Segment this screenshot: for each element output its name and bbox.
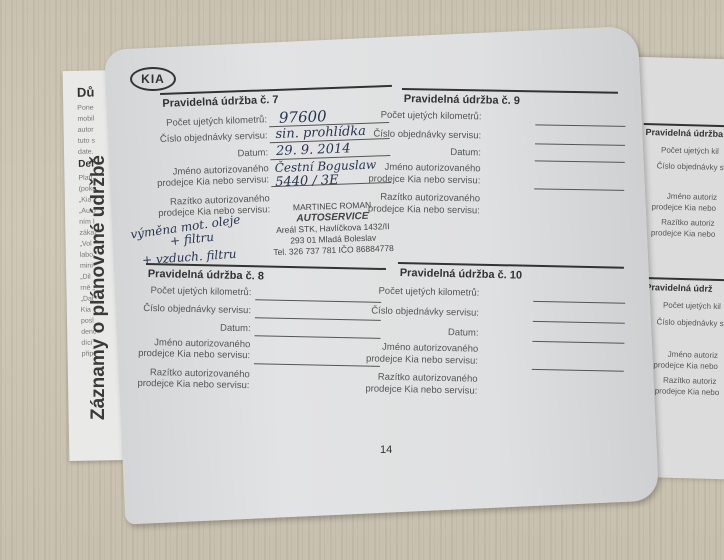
section-title: Pravidelná údržba č. 8 [148, 268, 264, 282]
section-rule [644, 277, 724, 281]
section-title: Pravidelná údržba č. 10 [400, 267, 523, 282]
underlying-heading: Dů [77, 85, 95, 100]
right-section-title: Pravidelná údržba [645, 127, 723, 139]
page-number: 14 [380, 444, 392, 456]
kia-logo: KIA [130, 67, 176, 91]
right-section-title: Pravidelná údrž [645, 282, 712, 294]
section-title: Pravidelná údržba č. 9 [404, 93, 520, 107]
